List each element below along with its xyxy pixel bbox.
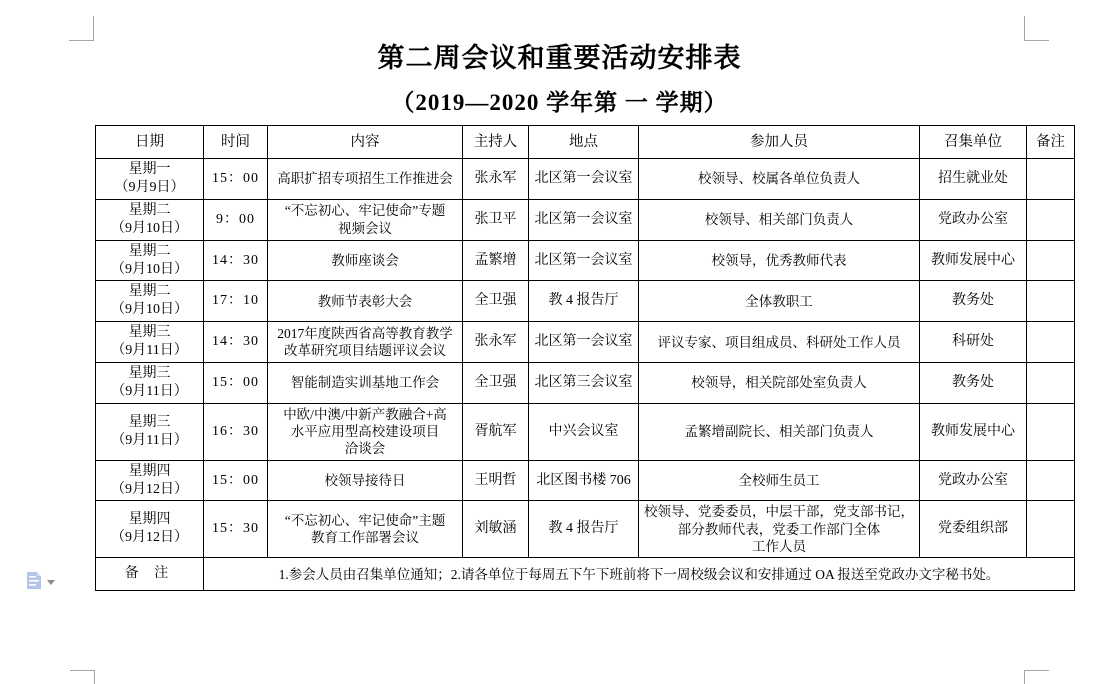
cell-location: 教 4 报告厅 — [529, 281, 639, 322]
cell-note — [1027, 403, 1075, 460]
cell-date: 星期二 （9月10日） — [96, 240, 204, 281]
schedule-table-container: 日期时间内容主持人地点参加人员召集单位备注 星期一 （9月9日）15：00高职扩… — [95, 125, 1075, 591]
column-header: 备注 — [1027, 126, 1075, 159]
cell-organizer: 招生就业处 — [920, 159, 1027, 200]
header-row: 日期时间内容主持人地点参加人员召集单位备注 — [96, 126, 1075, 159]
column-header: 时间 — [204, 126, 268, 159]
column-header: 日期 — [96, 126, 204, 159]
cell-time: 16：30 — [204, 403, 268, 460]
cell-location: 北区图书楼 706 — [529, 460, 639, 501]
cell-time: 17：10 — [204, 281, 268, 322]
cell-organizer: 教务处 — [920, 363, 1027, 404]
cell-host: 王明哲 — [463, 460, 529, 501]
column-header: 内容 — [268, 126, 463, 159]
cell-date: 星期二 （9月10日） — [96, 199, 204, 240]
cell-host: 孟繁增 — [463, 240, 529, 281]
cell-organizer: 党政办公室 — [920, 199, 1027, 240]
cell-organizer: 教务处 — [920, 281, 1027, 322]
cell-participants: 孟繁增副院长、相关部门负责人 — [639, 403, 920, 460]
cell-date: 星期三 （9月11日） — [96, 403, 204, 460]
cell-organizer: 科研处 — [920, 322, 1027, 363]
cell-date: 星期三 （9月11日） — [96, 322, 204, 363]
cell-location: 北区第一会议室 — [529, 240, 639, 281]
remarks-text: 1.参会人员由召集单位通知；2.请各单位于每周五下午下班前将下一周校级会议和安排… — [204, 558, 1075, 591]
table-row: 星期二 （9月10日）14：30教师座谈会孟繁增北区第一会议室校领导，优秀教师代… — [96, 240, 1075, 281]
cell-time: 15：30 — [204, 501, 268, 558]
cell-host: 全卫强 — [463, 281, 529, 322]
cell-note — [1027, 159, 1075, 200]
cell-host: 全卫强 — [463, 363, 529, 404]
cell-location: 教 4 报告厅 — [529, 501, 639, 558]
cell-content: 教师节表彰大会 — [268, 281, 463, 322]
cell-date: 星期二 （9月10日） — [96, 281, 204, 322]
table-row: 星期三 （9月11日）14：302017年度陕西省高等教育教学 改革研究项目结题… — [96, 322, 1075, 363]
cell-host: 张永军 — [463, 159, 529, 200]
cell-content: 中欧/中澳/中新产教融合+高 水平应用型高校建设项目 洽谈会 — [268, 403, 463, 460]
table-row: 星期二 （9月10日）9：00“不忘初心、牢记使命”专题 视频会议张卫平北区第一… — [96, 199, 1075, 240]
cell-note — [1027, 199, 1075, 240]
cell-note — [1027, 281, 1075, 322]
table-row: 星期四 （9月12日）15：30“不忘初心、牢记使命”主题 教育工作部署会议刘敏… — [96, 501, 1075, 558]
cell-content: “不忘初心、牢记使命”专题 视频会议 — [268, 199, 463, 240]
cell-content: 校领导接待日 — [268, 460, 463, 501]
cell-date: 星期四 （9月12日） — [96, 460, 204, 501]
cell-time: 9：00 — [204, 199, 268, 240]
cell-time: 15：00 — [204, 159, 268, 200]
cell-date: 星期三 （9月11日） — [96, 363, 204, 404]
column-header: 召集单位 — [920, 126, 1027, 159]
cell-location: 中兴会议室 — [529, 403, 639, 460]
cell-time: 14：30 — [204, 240, 268, 281]
table-row: 星期三 （9月11日）15：00智能制造实训基地工作会全卫强北区第三会议室校领导… — [96, 363, 1075, 404]
cell-content: 教师座谈会 — [268, 240, 463, 281]
table-row: 星期四 （9月12日）15：00校领导接待日王明哲北区图书楼 706全校师生员工… — [96, 460, 1075, 501]
crop-mark-bottom-right — [1024, 670, 1049, 684]
cell-participants: 校领导、相关部门负责人 — [639, 199, 920, 240]
chevron-down-icon — [47, 580, 55, 585]
cell-content: 高职扩招专项招生工作推进会 — [268, 159, 463, 200]
column-header: 主持人 — [463, 126, 529, 159]
table-row: 星期二 （9月10日）17：10教师节表彰大会全卫强教 4 报告厅全体教职工教务… — [96, 281, 1075, 322]
cell-organizer: 党政办公室 — [920, 460, 1027, 501]
column-header: 地点 — [529, 126, 639, 159]
table-row: 星期一 （9月9日）15：00高职扩招专项招生工作推进会张永军北区第一会议室校领… — [96, 159, 1075, 200]
column-header: 参加人员 — [639, 126, 920, 159]
cell-organizer: 党委组织部 — [920, 501, 1027, 558]
cell-time: 15：00 — [204, 363, 268, 404]
crop-mark-bottom-left — [70, 670, 95, 684]
remarks-label: 备 注 — [96, 558, 204, 591]
cell-date: 星期一 （9月9日） — [96, 159, 204, 200]
cell-location: 北区第一会议室 — [529, 159, 639, 200]
cell-host: 张永军 — [463, 322, 529, 363]
cell-host: 刘敏涵 — [463, 501, 529, 558]
paste-options-button[interactable] — [26, 571, 58, 593]
cell-participants: 校领导、校属各单位负责人 — [639, 159, 920, 200]
cell-location: 北区第一会议室 — [529, 199, 639, 240]
cell-content: 智能制造实训基地工作会 — [268, 363, 463, 404]
cell-participants: 全体教职工 — [639, 281, 920, 322]
schedule-table: 日期时间内容主持人地点参加人员召集单位备注 星期一 （9月9日）15：00高职扩… — [95, 125, 1075, 591]
page-subtitle: （2019—2020 学年第 一 学期） — [0, 84, 1119, 117]
cell-location: 北区第三会议室 — [529, 363, 639, 404]
cell-note — [1027, 240, 1075, 281]
cell-host: 胥航军 — [463, 403, 529, 460]
cell-time: 15：00 — [204, 460, 268, 501]
cell-note — [1027, 460, 1075, 501]
cell-organizer: 教师发展中心 — [920, 240, 1027, 281]
cell-participants: 评议专家、项目组成员、科研处工作人员 — [639, 322, 920, 363]
cell-participants: 校领导，相关院部处室负责人 — [639, 363, 920, 404]
cell-location: 北区第一会议室 — [529, 322, 639, 363]
remarks-row: 备 注 1.参会人员由召集单位通知；2.请各单位于每周五下午下班前将下一周校级会… — [96, 558, 1075, 591]
page-title: 第二周会议和重要活动安排表 — [0, 36, 1119, 75]
cell-organizer: 教师发展中心 — [920, 403, 1027, 460]
cell-participants: 全校师生员工 — [639, 460, 920, 501]
cell-note — [1027, 322, 1075, 363]
cell-participants: 校领导、党委委员，中层干部，党支部书记， 部分教师代表，党委工作部门全体 工作人… — [639, 501, 920, 558]
cell-content: 2017年度陕西省高等教育教学 改革研究项目结题评议会议 — [268, 322, 463, 363]
cell-note — [1027, 501, 1075, 558]
cell-participants: 校领导，优秀教师代表 — [639, 240, 920, 281]
cell-note — [1027, 363, 1075, 404]
table-row: 星期三 （9月11日）16：30中欧/中澳/中新产教融合+高 水平应用型高校建设… — [96, 403, 1075, 460]
cell-date: 星期四 （9月12日） — [96, 501, 204, 558]
cell-time: 14：30 — [204, 322, 268, 363]
cell-content: “不忘初心、牢记使命”主题 教育工作部署会议 — [268, 501, 463, 558]
cell-host: 张卫平 — [463, 199, 529, 240]
